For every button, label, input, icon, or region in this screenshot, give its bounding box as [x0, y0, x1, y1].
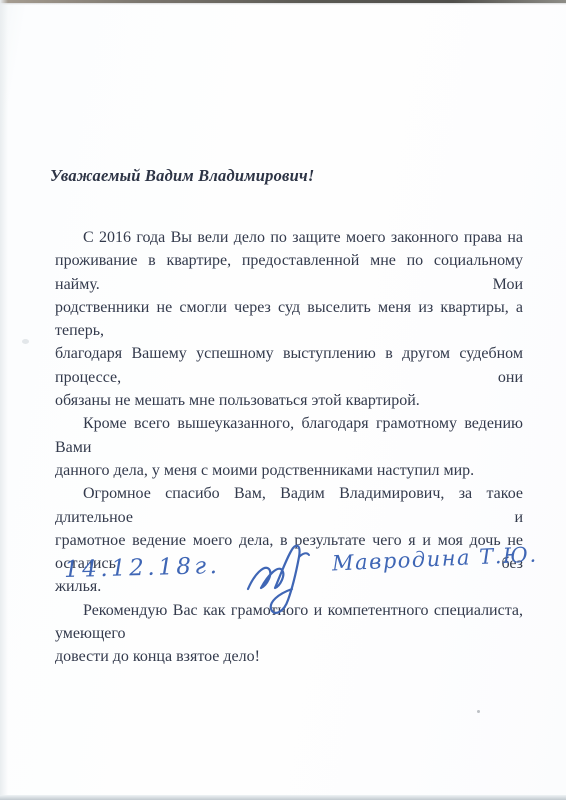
letter-line: довести до конца взятое дело! — [55, 645, 523, 668]
letter-line: Кроме всего вышеуказанного, благодаря гр… — [55, 412, 523, 459]
scan-speck — [477, 710, 480, 713]
letter-line: С 2016 года Вы вели дело по защите моего… — [55, 226, 523, 249]
scanned-letter-page: Уважаемый Вадим Владимирович! С 2016 год… — [0, 0, 566, 800]
letter-line: проживание в квартире, предоставленной м… — [55, 249, 523, 296]
scan-speck — [22, 339, 29, 344]
letter-line: обязаны не мешать мне пользоваться этой … — [55, 389, 523, 412]
signature-flourish-icon — [243, 537, 343, 619]
letter-line: благодаря Вашему успешному выступлению в… — [55, 342, 523, 389]
letter-greeting: Уважаемый Вадим Владимирович! — [50, 166, 314, 186]
scan-edge-top-shadow — [0, 3, 566, 5]
scan-edge-left — [0, 0, 8, 800]
handwritten-date: 14.12.18г. — [64, 553, 221, 583]
letter-line: родственники не смогли через суд выселит… — [55, 296, 523, 343]
letter-line: Огромное спасибо Вам, Вадим Владимирович… — [55, 482, 523, 529]
letter-line: данного дела, у меня с моими родственник… — [55, 459, 523, 482]
scan-edge-bottom — [0, 795, 566, 800]
